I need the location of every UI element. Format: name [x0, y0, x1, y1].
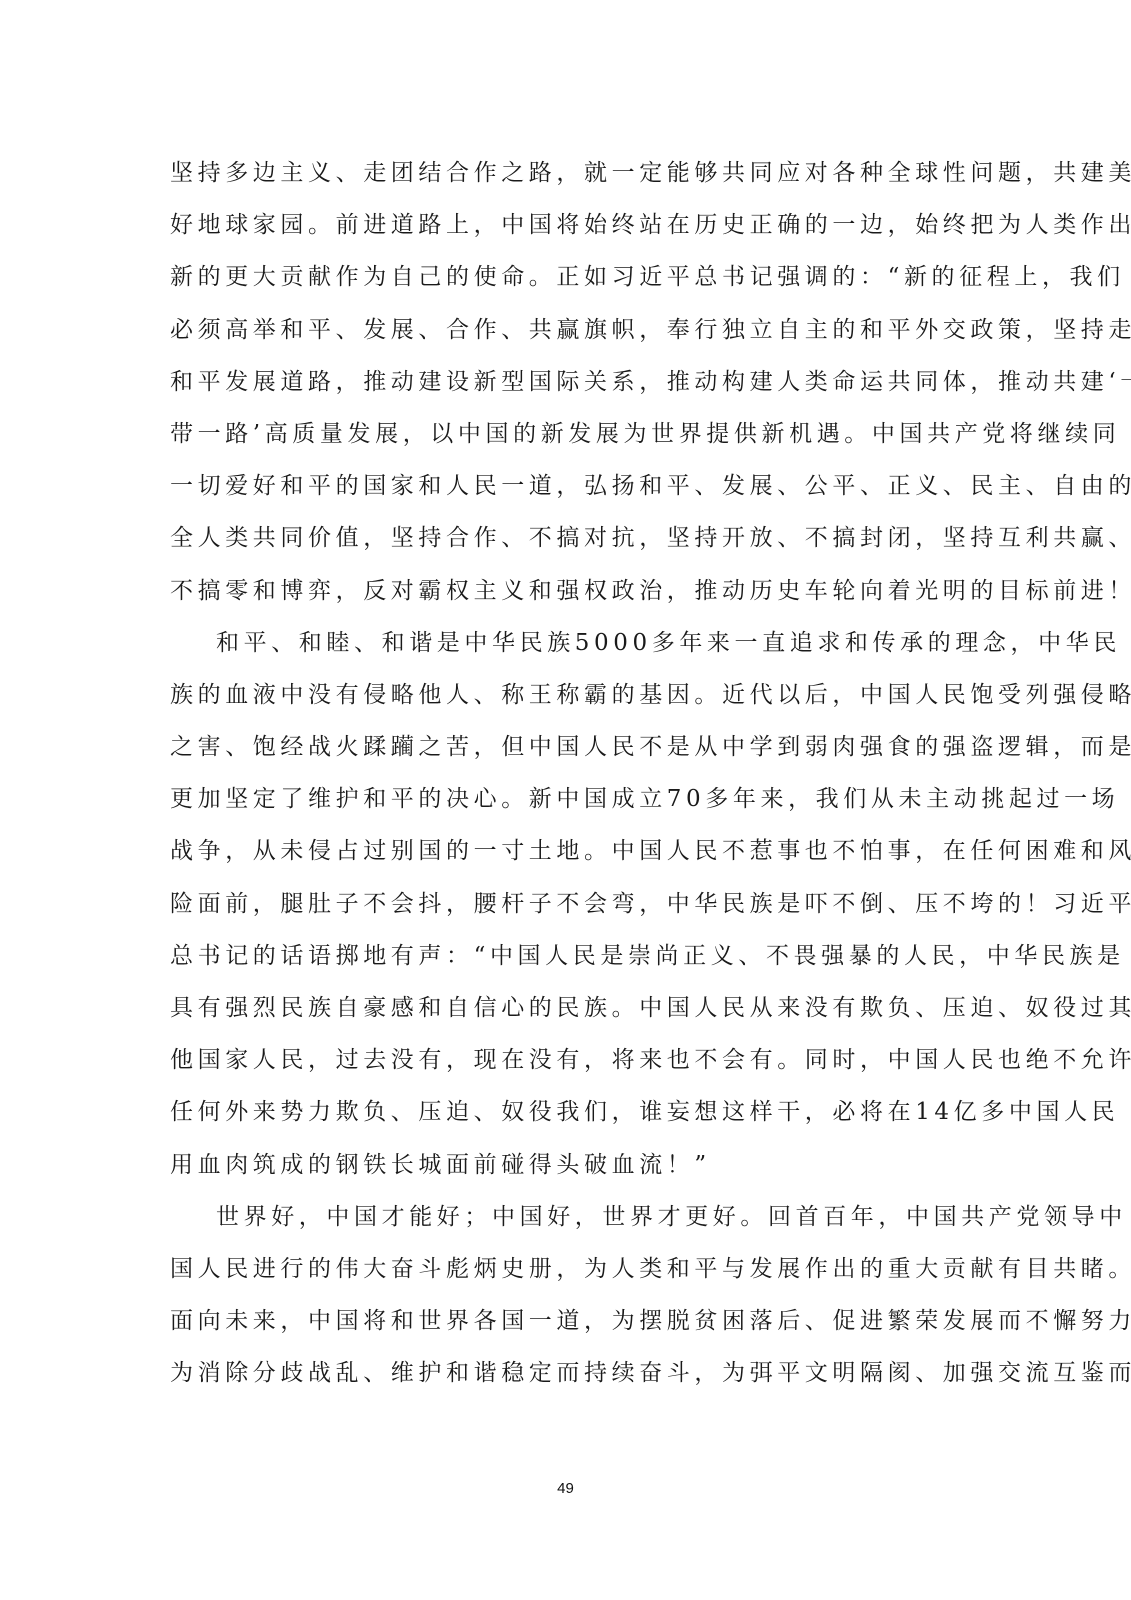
text-line: 用血肉筑成的钢铁长城面前碰得头破血流！”: [170, 1139, 960, 1191]
body-text: 坚持多边主义、走团结合作之路，就一定能够共同应对各种全球性问题，共建美 好地球家…: [170, 147, 960, 1400]
text-line: 好地球家园。前进道路上，中国将始终站在历史正确的一边，始终把为人类作出: [170, 199, 960, 251]
text-line: 战争，从未侵占过别国的一寸土地。中国人民不惹事也不怕事，在任何困难和风: [170, 825, 960, 877]
paragraph-first-line: 和平、和睦、和谐是中华民族5000多年来一直追求和传承的理念，中华民: [170, 617, 960, 669]
text-line: 险面前，腿肚子不会抖，腰杆子不会弯，中华民族是吓不倒、压不垮的！习近平: [170, 878, 960, 930]
document-page: 坚持多边主义、走团结合作之路，就一定能够共同应对各种全球性问题，共建美 好地球家…: [0, 0, 1131, 1600]
text-line: 全人类共同价值，坚持合作、不搞对抗，坚持开放、不搞封闭，坚持互利共赢、: [170, 512, 960, 564]
text-line: 一切爱好和平的国家和人民一道，弘扬和平、发展、公平、正义、民主、自由的: [170, 460, 960, 512]
text-line: 具有强烈民族自豪感和自信心的民族。中国人民从来没有欺负、压迫、奴役过其: [170, 982, 960, 1034]
text-line: 任何外来势力欺负、压迫、奴役我们，谁妄想这样干，必将在14亿多中国人民: [170, 1086, 960, 1138]
text-line: 坚持多边主义、走团结合作之路，就一定能够共同应对各种全球性问题，共建美: [170, 147, 960, 199]
text-line: 带一路’高质量发展，以中国的新发展为世界提供新机遇。中国共产党将继续同: [170, 408, 960, 460]
text-line: 之害、饱经战火蹂躏之苦，但中国人民不是从中学到弱肉强食的强盗逻辑，而是: [170, 721, 960, 773]
text-line: 和平发展道路，推动建设新型国际关系，推动构建人类命运共同体，推动共建‘一: [170, 356, 960, 408]
text-line: 新的更大贡献作为自己的使命。正如习近平总书记强调的：“新的征程上，我们: [170, 251, 960, 303]
text-line: 族的血液中没有侵略他人、称王称霸的基因。近代以后，中国人民饱受列强侵略: [170, 669, 960, 721]
text-line: 必须高举和平、发展、合作、共赢旗帜，奉行独立自主的和平外交政策，坚持走: [170, 304, 960, 356]
text-line: 为消除分歧战乱、维护和谐稳定而持续奋斗，为弭平文明隔阂、加强交流互鉴而: [170, 1347, 960, 1399]
paragraph-first-line: 世界好，中国才能好；中国好，世界才更好。回首百年，中国共产党领导中: [170, 1191, 960, 1243]
text-line: 国人民进行的伟大奋斗彪炳史册，为人类和平与发展作出的重大贡献有目共睹。: [170, 1243, 960, 1295]
text-line: 不搞零和博弈，反对霸权主义和强权政治，推动历史车轮向着光明的目标前进！”: [170, 565, 960, 617]
text-line: 面向未来，中国将和世界各国一道，为摆脱贫困落后、促进繁荣发展而不懈努力，: [170, 1295, 960, 1347]
text-line: 他国家人民，过去没有，现在没有，将来也不会有。同时，中国人民也绝不允许: [170, 1034, 960, 1086]
page-number: 49: [0, 1480, 1131, 1497]
text-line: 更加坚定了维护和平的决心。新中国成立70多年来，我们从未主动挑起过一场: [170, 773, 960, 825]
text-line: 总书记的话语掷地有声：“中国人民是崇尚正义、不畏强暴的人民，中华民族是: [170, 930, 960, 982]
